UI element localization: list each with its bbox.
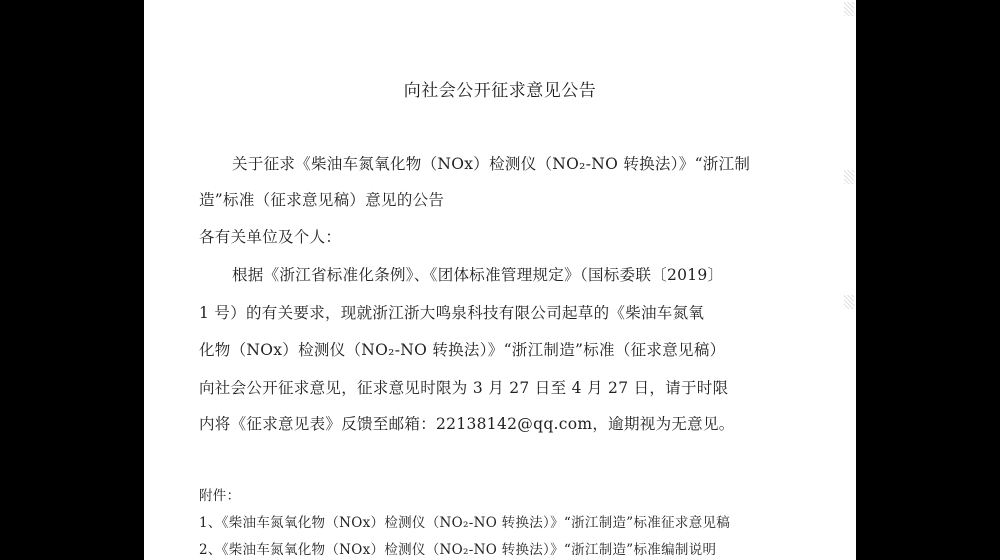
salutation: 各有关单位及个人： bbox=[199, 225, 341, 247]
heading-line-1: 关于征求《柴油车氮氧化物（NOx）检测仪（NO₂-NO 转换法）》“浙江制 bbox=[232, 152, 750, 174]
attachments-label: 附件： bbox=[199, 484, 240, 504]
scan-artifact bbox=[844, 2, 854, 16]
heading-line-2: 造”标准（征求意见稿）意见的公告 bbox=[199, 188, 444, 210]
body-line: 向社会公开征求意见，征求意见时限为 3 月 27 日至 4 月 27 日，请于时… bbox=[199, 376, 728, 398]
scan-artifact bbox=[844, 295, 854, 309]
body-line: 内将《征求意见表》反馈至邮箱：22138142@qq.com，逾期视为无意见。 bbox=[199, 412, 735, 434]
document-title: 向社会公开征求意见公告 bbox=[144, 76, 856, 101]
attachment-item: 2、《柴油车氮氧化物（NOx）检测仪（NO₂-NO 转换法）》“浙江制造”标准编… bbox=[199, 538, 716, 558]
document-page: 向社会公开征求意见公告 关于征求《柴油车氮氧化物（NOx）检测仪（NO₂-NO … bbox=[144, 0, 856, 560]
body-line: 1 号）的有关要求，现就浙江浙大鸣泉科技有限公司起草的《柴油车氮氧 bbox=[199, 301, 704, 323]
scan-artifact bbox=[844, 170, 854, 184]
body-line: 根据《浙江省标准化条例》、《团体标准管理规定》（国标委联〔2019〕 bbox=[232, 263, 723, 285]
attachment-item: 1、《柴油车氮氧化物（NOx）检测仪（NO₂-NO 转换法）》“浙江制造”标准征… bbox=[199, 511, 730, 531]
body-line: 化物（NOx）检测仪（NO₂-NO 转换法）》“浙江制造”标准（征求意见稿） bbox=[199, 338, 725, 360]
